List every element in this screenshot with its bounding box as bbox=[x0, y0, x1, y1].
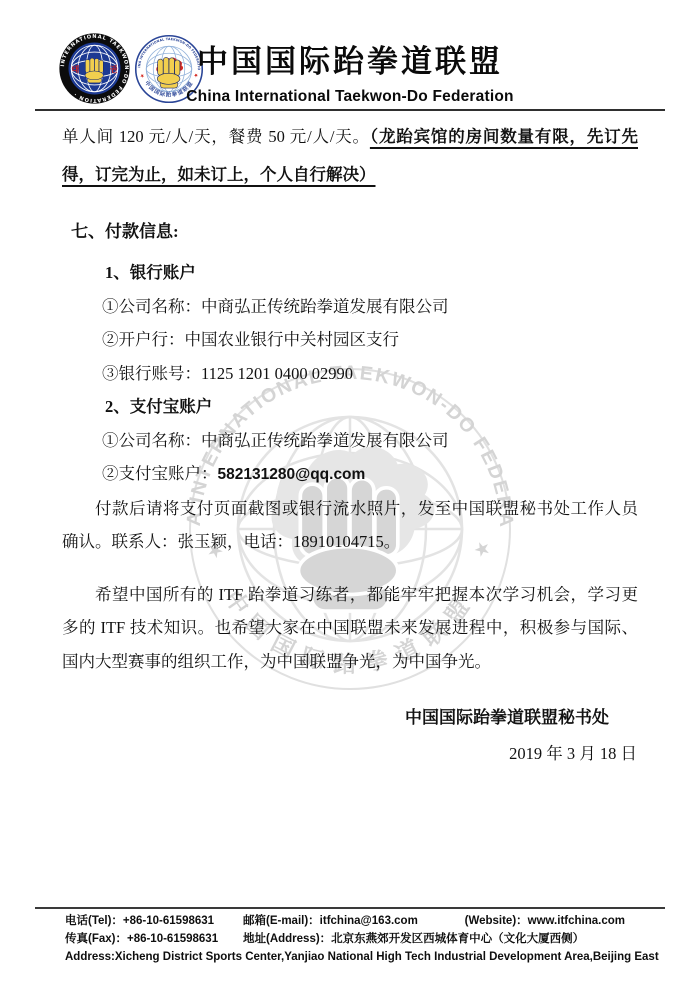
footer-row-3: Address:Xicheng District Sports Center,Y… bbox=[65, 948, 625, 966]
letter-page: CHINA INTERNATIONAL TAEKWON-DO FEDERATIO… bbox=[0, 0, 700, 990]
footer-fax: 传真(Fax)：+86-10-61598631 bbox=[65, 930, 243, 948]
room-price-normal: 单人间 120 元/人/天，餐费 50 元/人/天。 bbox=[62, 127, 370, 146]
letterhead-titles: 中国国际跆拳道联盟 China International Taekwon-Do… bbox=[35, 36, 665, 106]
footer-website: (Website)：www.itfchina.com bbox=[465, 912, 625, 930]
date-line: 2019 年 3 月 18 日 bbox=[62, 736, 638, 772]
footer-tel: 电话(Tel)：+86-10-61598631 bbox=[65, 912, 243, 930]
org-title-cn: 中国国际跆拳道联盟 bbox=[35, 36, 665, 81]
room-price-paragraph: 单人间 120 元/人/天，餐费 50 元/人/天。（龙跆宾馆的房间数量有限，先… bbox=[62, 118, 638, 194]
signature-line: 中国国际跆拳道联盟秘书处 bbox=[62, 700, 638, 736]
footer-email: 邮箱(E-mail)：itfchina@163.com bbox=[243, 912, 418, 930]
letterhead: 태 권 INTERNATIONAL TAEKWON-DO FEDERATION … bbox=[35, 30, 665, 111]
org-title-en: China International Taekwon-Do Federatio… bbox=[35, 88, 665, 106]
footer-address-en: Address:Xicheng District Sports Center,Y… bbox=[65, 948, 659, 966]
alipay-account-heading: 2、支付宝账户 bbox=[105, 390, 638, 424]
bank-branch: ②开户行：中国农业银行中关村园区支行 bbox=[102, 323, 638, 357]
closing-hope-paragraph: 希望中国所有的 ITF 跆拳道习练者，都能牢牢把握本次学习机会，学习更多的 IT… bbox=[62, 578, 638, 679]
footer-address-cn: 地址(Address)：北京东燕郊开发区西城体育中心（文化大厦西侧） bbox=[243, 930, 584, 948]
bank-account-heading: 1、银行账户 bbox=[105, 256, 638, 290]
alipay-account-line: ②支付宝账户：582131280@qq.com bbox=[102, 457, 638, 492]
letter-footer: 电话(Tel)：+86-10-61598631 邮箱(E-mail)：itfch… bbox=[35, 907, 665, 966]
payment-section-title: 七、付款信息: bbox=[71, 215, 638, 249]
payment-details-list: 1、银行账户 ①公司名称：中商弘正传统跆拳道发展有限公司 ②开户行：中国农业银行… bbox=[102, 256, 638, 492]
alipay-account-label: ②支付宝账户： bbox=[102, 464, 218, 483]
bank-account-number: ③银行账号：1125 1201 0400 02990 bbox=[102, 357, 638, 391]
bank-company-name: ①公司名称：中商弘正传统跆拳道发展有限公司 bbox=[102, 290, 638, 324]
alipay-account-value: 582131280@qq.com bbox=[218, 466, 366, 483]
footer-row-1: 电话(Tel)：+86-10-61598631 邮箱(E-mail)：itfch… bbox=[65, 912, 625, 930]
footer-row-2: 传真(Fax)：+86-10-61598631 地址(Address)：北京东燕… bbox=[65, 930, 625, 948]
letter-body: 单人间 120 元/人/天，餐费 50 元/人/天。（龙跆宾馆的房间数量有限，先… bbox=[62, 118, 638, 772]
alipay-company-name: ①公司名称：中商弘正传统跆拳道发展有限公司 bbox=[102, 424, 638, 458]
payment-confirm-paragraph: 付款后请将支付页面截图或银行流水照片，发至中国联盟秘书处工作人员确认。联系人：张… bbox=[62, 492, 638, 559]
